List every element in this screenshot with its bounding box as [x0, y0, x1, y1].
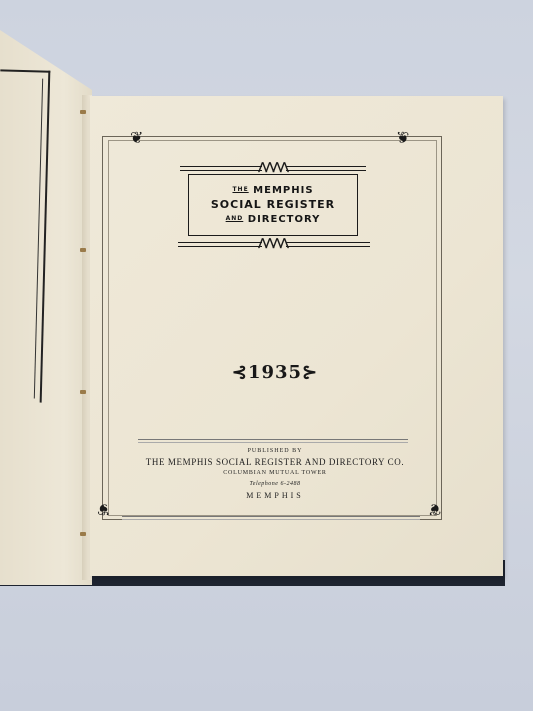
- title-box: THE MEMPHIS SOCIAL REGISTER AND DIRECTOR…: [188, 174, 358, 236]
- publisher-rule-bottom: [122, 516, 420, 520]
- binding-stitch: [80, 248, 86, 252]
- publisher-name: THE MEMPHIS SOCIAL REGISTER AND DIRECTOR…: [120, 457, 430, 468]
- year-ornament-right-icon: ⊱: [302, 362, 318, 383]
- published-by-label: PUBLISHED BY: [120, 446, 430, 457]
- corner-ornament-icon: ❦: [97, 500, 110, 516]
- decorative-rule: [180, 166, 262, 171]
- title-social-register: SOCIAL REGISTER: [211, 198, 335, 212]
- title-directory: DIRECTORY: [248, 214, 321, 225]
- title-line-3: AND DIRECTORY: [226, 212, 321, 227]
- year-text: 1935: [248, 362, 302, 383]
- publisher-rule-top: [138, 439, 408, 443]
- decorative-rule: [286, 242, 370, 247]
- binding-stitch: [80, 110, 86, 114]
- zigzag-ornament-icon: ⋀⋀⋀⋀: [258, 236, 287, 249]
- binding-stitch: [80, 532, 86, 536]
- corner-ornament-icon: ❦: [130, 131, 143, 147]
- title-line-1: THE MEMPHIS: [232, 183, 313, 198]
- title-memphis: MEMPHIS: [253, 185, 313, 196]
- publisher-address: COLUMBIAN MUTUAL TOWER: [120, 468, 430, 479]
- decorative-rule: [286, 166, 366, 171]
- publication-year: ⊰1935⊱: [230, 362, 320, 383]
- publisher-block: PUBLISHED BY THE MEMPHIS SOCIAL REGISTER…: [120, 446, 430, 501]
- zigzag-ornament-icon: ⋀⋀⋀⋀: [258, 160, 287, 173]
- year-ornament-left-icon: ⊰: [232, 362, 248, 383]
- corner-ornament-icon: ❦: [396, 131, 409, 147]
- decorative-rule: [178, 242, 262, 247]
- binding-stitch: [80, 390, 86, 394]
- publisher-city: MEMPHIS: [120, 490, 430, 501]
- title-and: AND: [226, 215, 244, 222]
- title-the: THE: [232, 186, 248, 193]
- publisher-telephone: Telephone 6-2488: [120, 479, 430, 490]
- corner-ornament-icon: ❦: [428, 500, 441, 516]
